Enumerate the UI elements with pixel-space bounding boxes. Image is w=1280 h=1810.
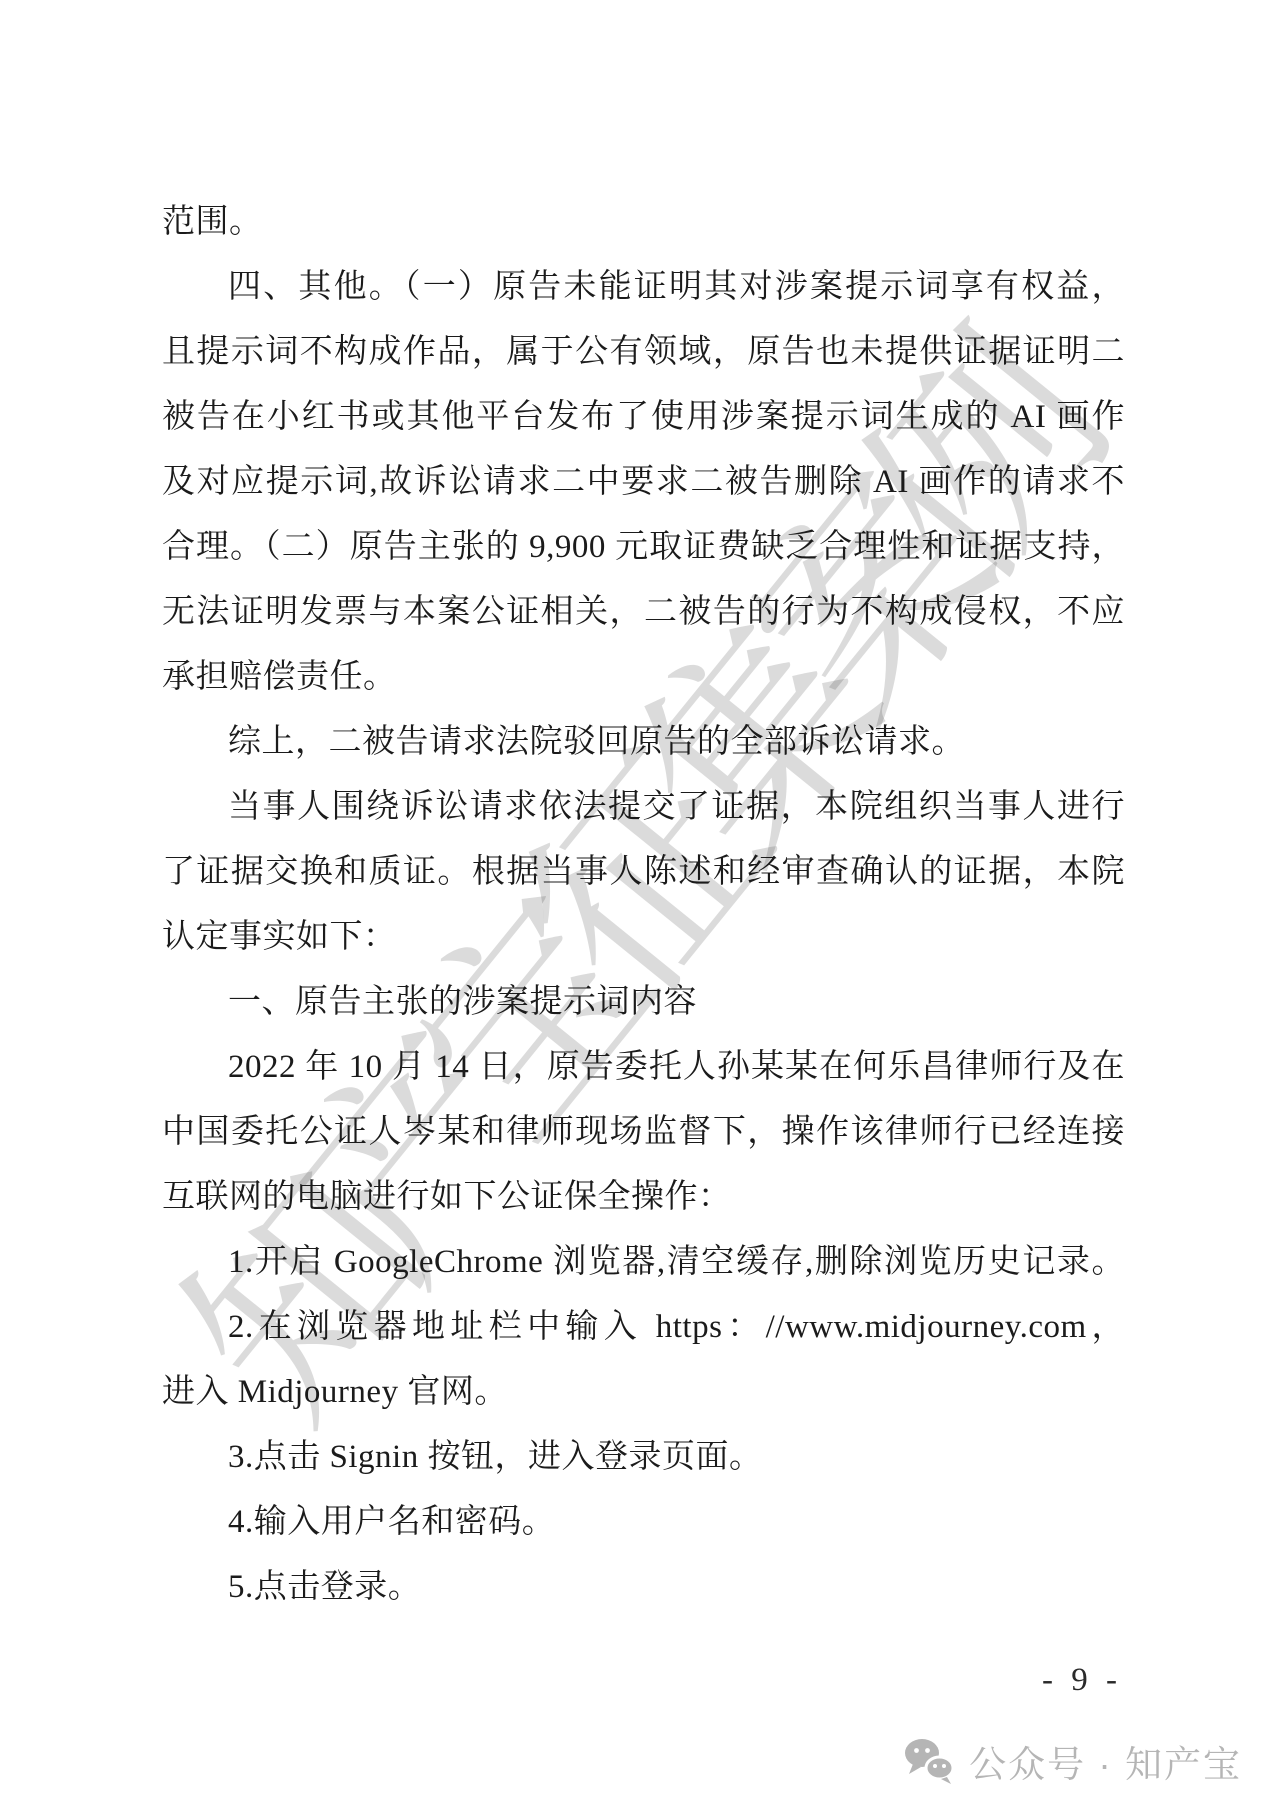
text-line: 1.开启 GoogleChrome 浏览器,清空缓存,删除浏览历史记录。 [162,1230,1125,1295]
text-line: 范围。 [162,190,1125,255]
page-number: - 9 - [1042,1662,1122,1699]
text-line: 2022 年 10 月 14 日，原告委托人孙某某在何乐昌律师行及在 [162,1035,1125,1100]
text-line: 一、原告主张的涉案提示词内容 [162,970,1125,1035]
text-line: 承担赔偿责任。 [162,645,1125,710]
text-line: 3.点击 Signin 按钮，进入登录页面。 [162,1425,1125,1490]
text-line: 中国委托公证人岑某和律师现场监督下，操作该律师行已经连接 [162,1100,1125,1165]
text-line: 认定事实如下： [162,905,1125,970]
judgment-body-text: 范围。 四、其他。（一）原告未能证明其对涉案提示词享有权益， 且提示词不构成作品… [162,190,1125,1620]
wechat-icon [903,1737,957,1785]
text-line: 四、其他。（一）原告未能证明其对涉案提示词享有权益， [162,255,1125,320]
wechat-account-label: 公众号 · 知产宝 [969,1734,1242,1788]
text-line: 被告在小红书或其他平台发布了使用涉案提示词生成的 AI 画作 [162,385,1125,450]
text-line: 5.点击登录。 [162,1555,1125,1620]
text-line: 互联网的电脑进行如下公证保全操作： [162,1165,1125,1230]
wechat-footer: 公众号 · 知产宝 [903,1734,1242,1788]
text-line: 无法证明发票与本案公证相关，二被告的行为不构成侵权，不应 [162,580,1125,645]
text-line: 了证据交换和质证。根据当事人陈述和经审查确认的证据，本院 [162,840,1125,905]
text-line: 综上，二被告请求法院驳回原告的全部诉讼请求。 [162,710,1125,775]
text-line: 合理。（二）原告主张的 9,900 元取证费缺乏合理性和证据支持， [162,515,1125,580]
text-line: 进入 Midjourney 官网。 [162,1360,1125,1425]
text-line: 及对应提示词,故诉讼请求二中要求二被告删除 AI 画作的请求不 [162,450,1125,515]
text-line: 4.输入用户名和密码。 [162,1490,1125,1555]
text-line: 当事人围绕诉讼请求依法提交了证据，本院组织当事人进行 [162,775,1125,840]
text-line: 2.在浏览器地址栏中输入 https：//www.midjourney.com， [162,1295,1125,1360]
text-line: 且提示词不构成作品，属于公有领域，原告也未提供证据证明二 [162,320,1125,385]
